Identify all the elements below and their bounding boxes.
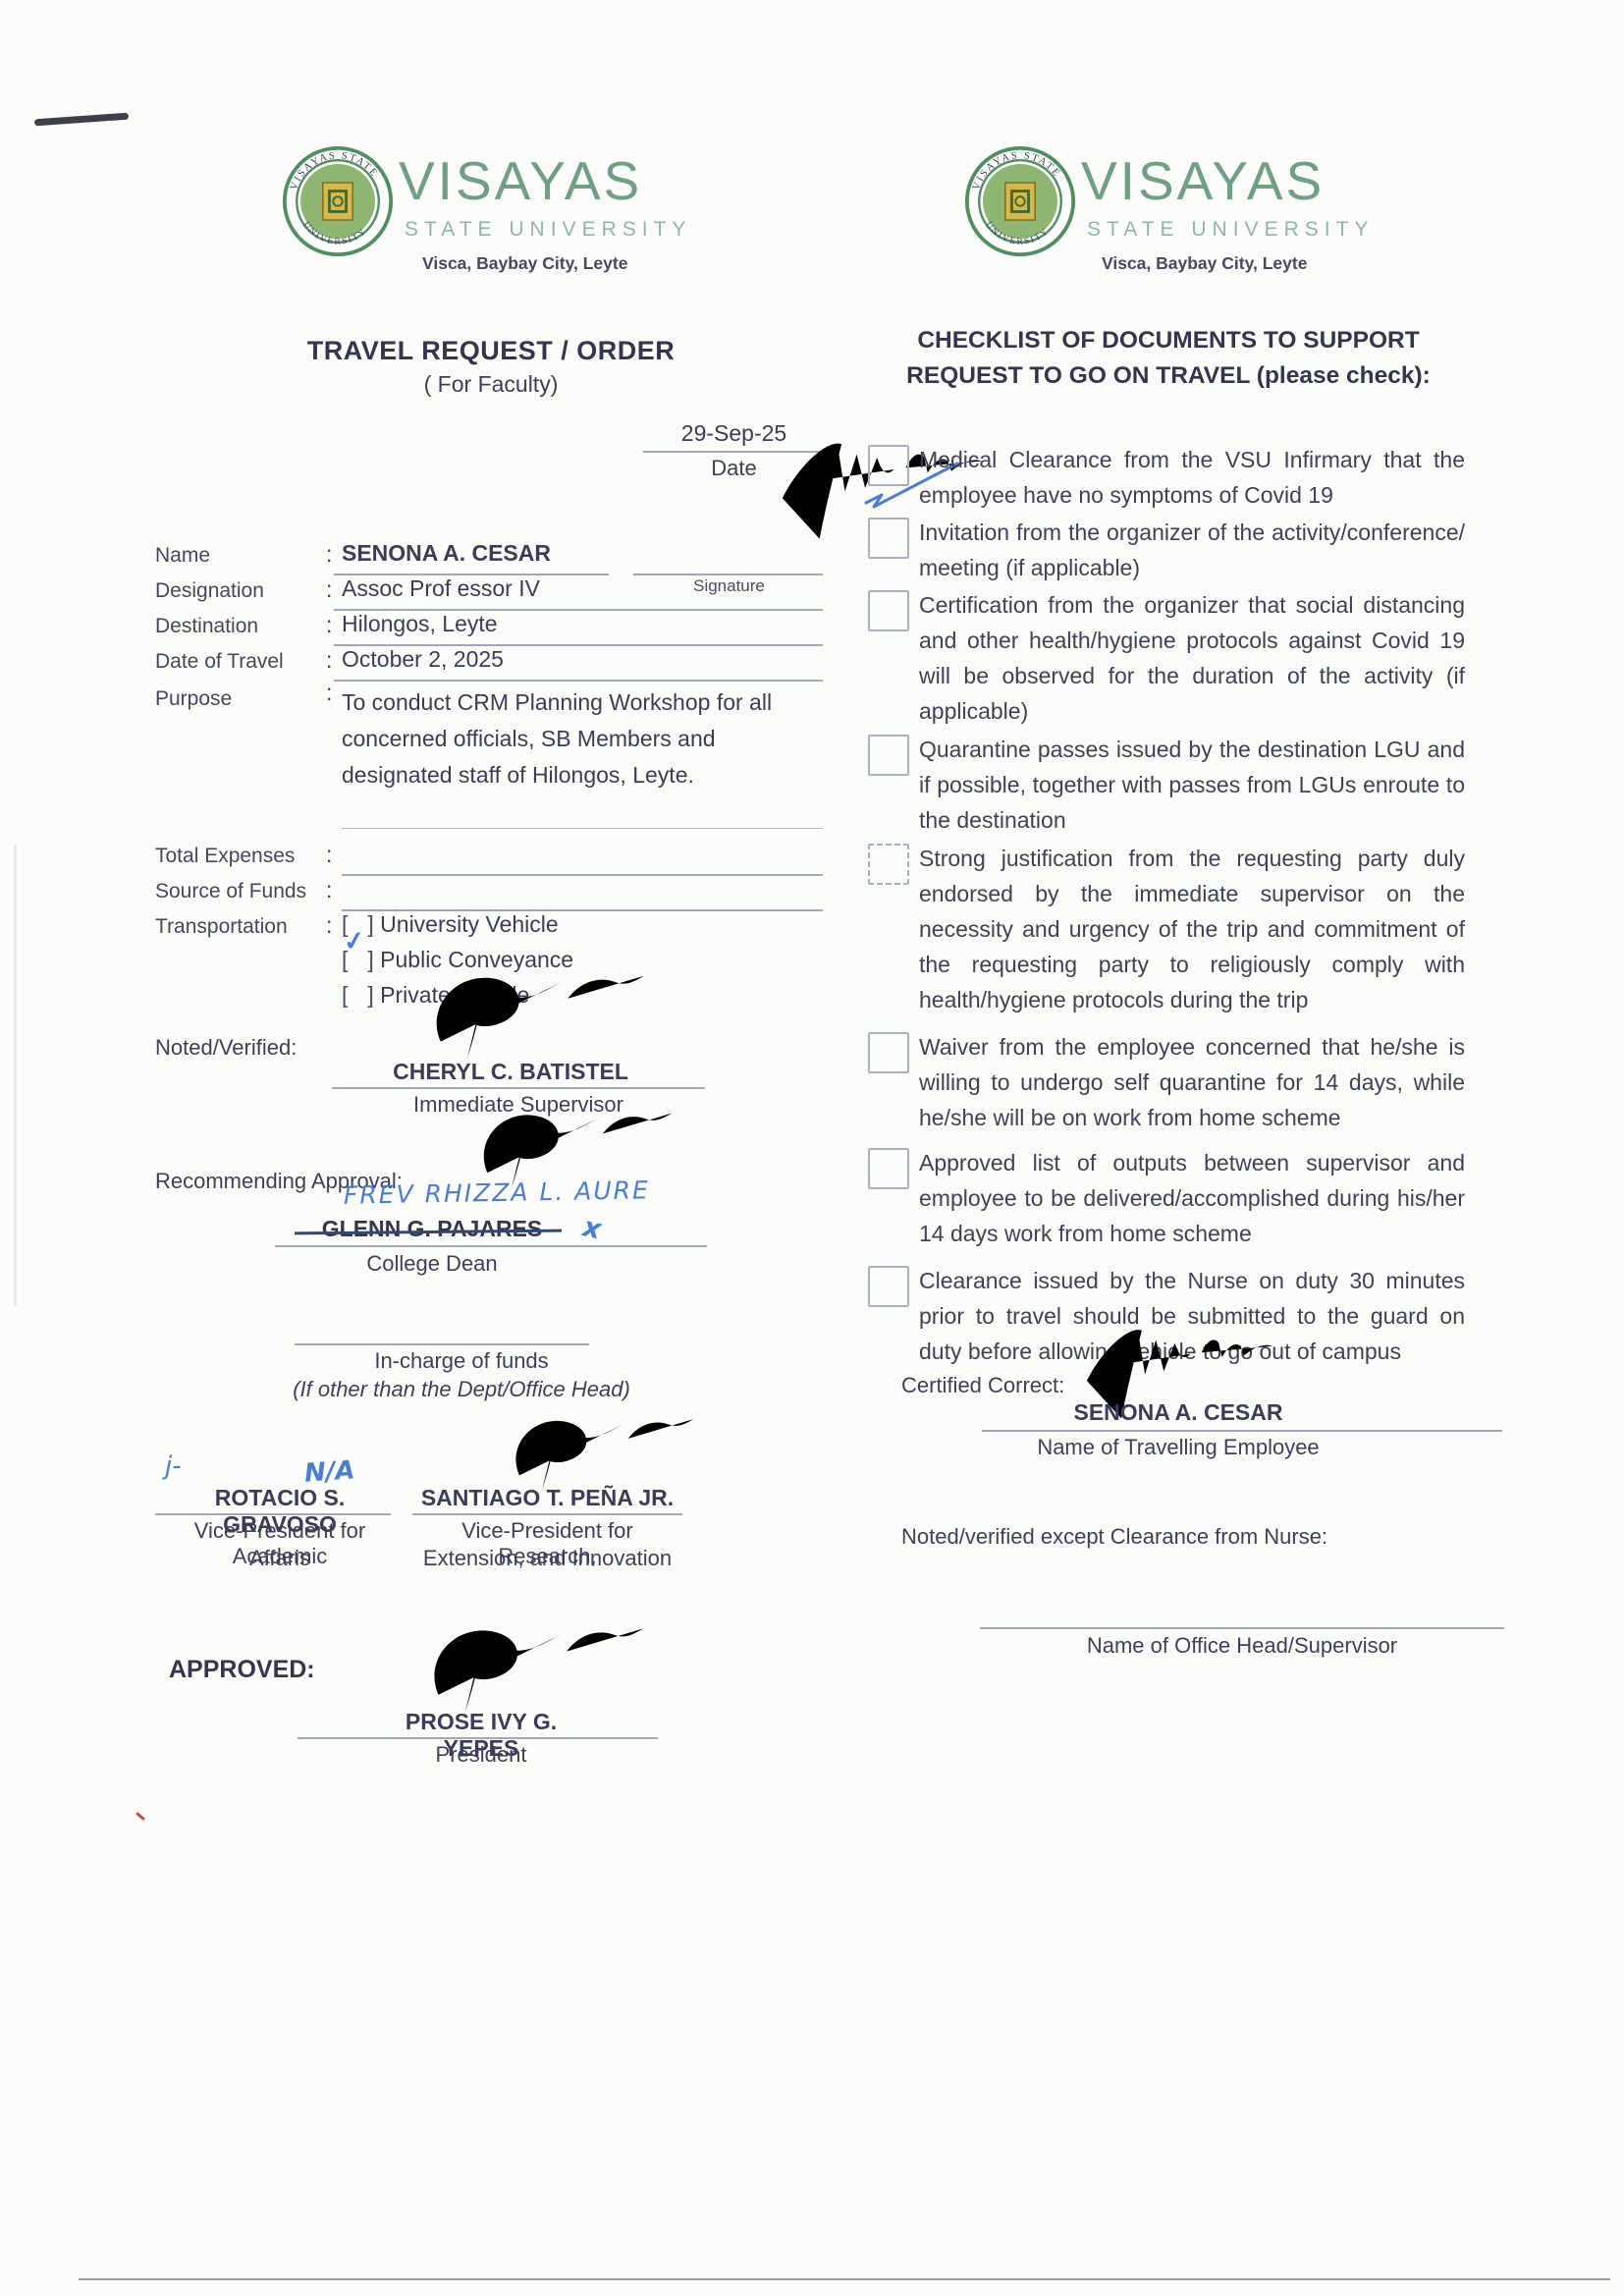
certified-line [982, 1430, 1502, 1432]
checkbox[interactable] [868, 1148, 909, 1189]
date-value: 29-Sep-25 [643, 420, 825, 447]
form-title: TRAVEL REQUEST / ORDER [275, 336, 707, 366]
transport-option-university-vehicle[interactable]: [✓] University Vehicle [342, 911, 559, 938]
field-label-date-of-travel: Date of Travel [155, 650, 284, 674]
field-value-destination: Hilongos, Leyte [342, 611, 498, 637]
colon: : [326, 877, 332, 903]
vp-academic-line [155, 1513, 391, 1515]
blank-line[interactable] [342, 828, 823, 829]
field-label-destination: Destination [155, 615, 258, 638]
colon: : [326, 576, 332, 603]
handwritten-x-mark: x [580, 1210, 605, 1245]
checklist-item: Strong justification from the requesting… [868, 841, 1469, 1017]
checklist-item: Approved list of outputs between supervi… [868, 1145, 1469, 1251]
transport-option-label: University Vehicle [380, 911, 559, 937]
university-seal [282, 145, 394, 257]
supervisor-name: CHERYL C. BATISTEL [334, 1059, 687, 1085]
checklist-item-text: Strong justification from the requesting… [919, 841, 1465, 1017]
dean-title: College Dean [295, 1251, 569, 1277]
checklist-item: Waiver from the employee concerned that … [868, 1029, 1469, 1135]
form-subtitle: ( For Faculty) [275, 371, 707, 398]
certified-title: Name of Travelling Employee [1021, 1435, 1335, 1460]
checklist-title-2: REQUEST TO GO ON TRAVEL (please check): [884, 362, 1453, 390]
university-wordmark-subtitle: STATE UNIVERSITY [1087, 218, 1374, 242]
checkbox[interactable] [868, 445, 909, 486]
checklist-item-text: Quarantine passes issued by the destinat… [919, 732, 1465, 838]
supervisor-line [332, 1087, 705, 1089]
checklist-item-text: Certification from the organizer that so… [919, 587, 1465, 729]
handwritten-initial: j- [165, 1451, 182, 1481]
checkbox[interactable] [868, 518, 909, 559]
dean-line [275, 1245, 707, 1247]
checklist-item: Invitation from the organizer of the act… [868, 515, 1469, 585]
checkbox-bracket: ] [367, 982, 373, 1009]
handwritten-name-correction: FREV RHIZZA L. AURE [344, 1175, 650, 1209]
signature-label: Signature [633, 576, 825, 596]
transport-option-label: Public Conveyance [380, 947, 573, 972]
office-head-line[interactable] [980, 1627, 1504, 1629]
checklist-item-text: Waiver from the employee concerned that … [919, 1029, 1465, 1135]
checkbox[interactable] [868, 844, 909, 885]
field-label-source-of-funds: Source of Funds [155, 880, 306, 903]
office-head-title: Name of Office Head/Supervisor [1070, 1633, 1414, 1659]
handwritten-na-mark: N/A [303, 1455, 355, 1489]
checkbox-bracket: ] [367, 911, 373, 938]
certified-correct-label: Certified Correct: [901, 1373, 1064, 1398]
colon: : [326, 842, 332, 868]
checklist-item-text: Medical Clearance from the VSU Infirmary… [919, 442, 1465, 513]
checklist-item: Quarantine passes issued by the destinat… [868, 732, 1469, 838]
university-address: Visca, Baybay City, Leyte [1102, 253, 1307, 274]
vp-research-signature [499, 1412, 705, 1496]
checklist-item-text: Invitation from the organizer of the act… [919, 515, 1465, 585]
vp-research-title-2: Extension, and Innovation [417, 1546, 677, 1571]
university-wordmark: VISAYAS [1081, 149, 1325, 212]
noted-verified-label: Noted/Verified: [155, 1035, 297, 1061]
scan-streak [14, 845, 17, 1306]
checkbox-bracket: [ [342, 982, 348, 1009]
field-label-total-expenses: Total Expenses [155, 845, 295, 868]
vp-academic-title-2: Affaris [157, 1546, 403, 1571]
field-label-purpose: Purpose [155, 687, 232, 711]
university-wordmark-subtitle: STATE UNIVERSITY [405, 218, 691, 242]
field-value-name: SENONA A. CESAR [342, 540, 551, 567]
transport-option-private-vehicle[interactable]: [] Private Vehicle [342, 982, 529, 1009]
checkbox-bracket: [ [342, 947, 348, 973]
vp-research-line [412, 1513, 682, 1515]
date-of-travel-line[interactable] [334, 680, 823, 682]
university-seal [964, 145, 1076, 257]
colon: : [326, 912, 332, 939]
scan-bottom-edge [79, 2278, 1610, 2280]
certified-name: SENONA A. CESAR [1021, 1399, 1335, 1426]
checklist-title-1: CHECKLIST OF DOCUMENTS TO SUPPORT [884, 327, 1453, 355]
supervisor-title: Immediate Supervisor [342, 1092, 695, 1118]
checkbox[interactable] [868, 590, 909, 631]
field-value-date-of-travel: October 2, 2025 [342, 646, 504, 673]
colon: : [326, 680, 332, 706]
colon: : [326, 647, 332, 674]
incharge-line[interactable] [295, 1343, 589, 1345]
field-label-transportation: Transportation [155, 915, 288, 939]
checklist-item-text: Approved list of outputs between supervi… [919, 1145, 1465, 1251]
date-line[interactable] [643, 451, 823, 453]
colon: : [326, 541, 332, 568]
checklist-item: Medical Clearance from the VSU Infirmary… [868, 442, 1469, 513]
checklist-item: Certification from the organizer that so… [868, 587, 1469, 729]
date-label: Date [643, 456, 825, 481]
purpose-line-1: To conduct CRM Planning Workshop for all [342, 689, 772, 716]
total-expenses-line[interactable] [342, 874, 823, 876]
scanned-travel-request-form: VISAYAS STATE UNIVERSITY VISAYAS STATE U… [0, 0, 1624, 2296]
scan-pen-mark [34, 113, 129, 127]
incharge-label: In-charge of funds [314, 1348, 609, 1374]
colon: : [326, 612, 332, 638]
purpose-line-2: concerned officials, SB Members and [342, 726, 716, 752]
president-signature [420, 1620, 651, 1719]
noted-except-label: Noted/verified except Clearance from Nur… [901, 1524, 1327, 1550]
university-wordmark: VISAYAS [399, 149, 642, 212]
field-label-name: Name [155, 544, 210, 568]
field-value-designation: Assoc Prof essor IV [342, 575, 540, 602]
incharge-note: (If other than the Dept/Office Head) [285, 1377, 638, 1402]
checkbox[interactable] [868, 1266, 909, 1307]
checkbox-bracket: ] [367, 947, 373, 973]
university-address: Visca, Baybay City, Leyte [422, 253, 627, 274]
transport-option-public-conveyance[interactable]: [] Public Conveyance [342, 947, 573, 973]
signature-line[interactable] [633, 574, 823, 575]
field-label-designation: Designation [155, 579, 264, 603]
checkbox[interactable] [868, 1032, 909, 1073]
scan-red-speck [135, 1812, 145, 1821]
purpose-line-3: designated staff of Hilongos, Leyte. [342, 762, 694, 789]
checklist-item-text: Clearance issued by the Nurse on duty 30… [919, 1263, 1465, 1369]
transport-option-label: Private Vehicle [380, 982, 529, 1008]
approved-label: APPROVED: [169, 1656, 315, 1684]
president-title: President [373, 1742, 589, 1768]
vp-research-name: SANTIAGO T. PEÑA JR. [417, 1485, 677, 1511]
checkbox[interactable] [868, 735, 909, 776]
checklist-item: Clearance issued by the Nurse on duty 30… [868, 1263, 1469, 1369]
president-line [298, 1737, 658, 1739]
